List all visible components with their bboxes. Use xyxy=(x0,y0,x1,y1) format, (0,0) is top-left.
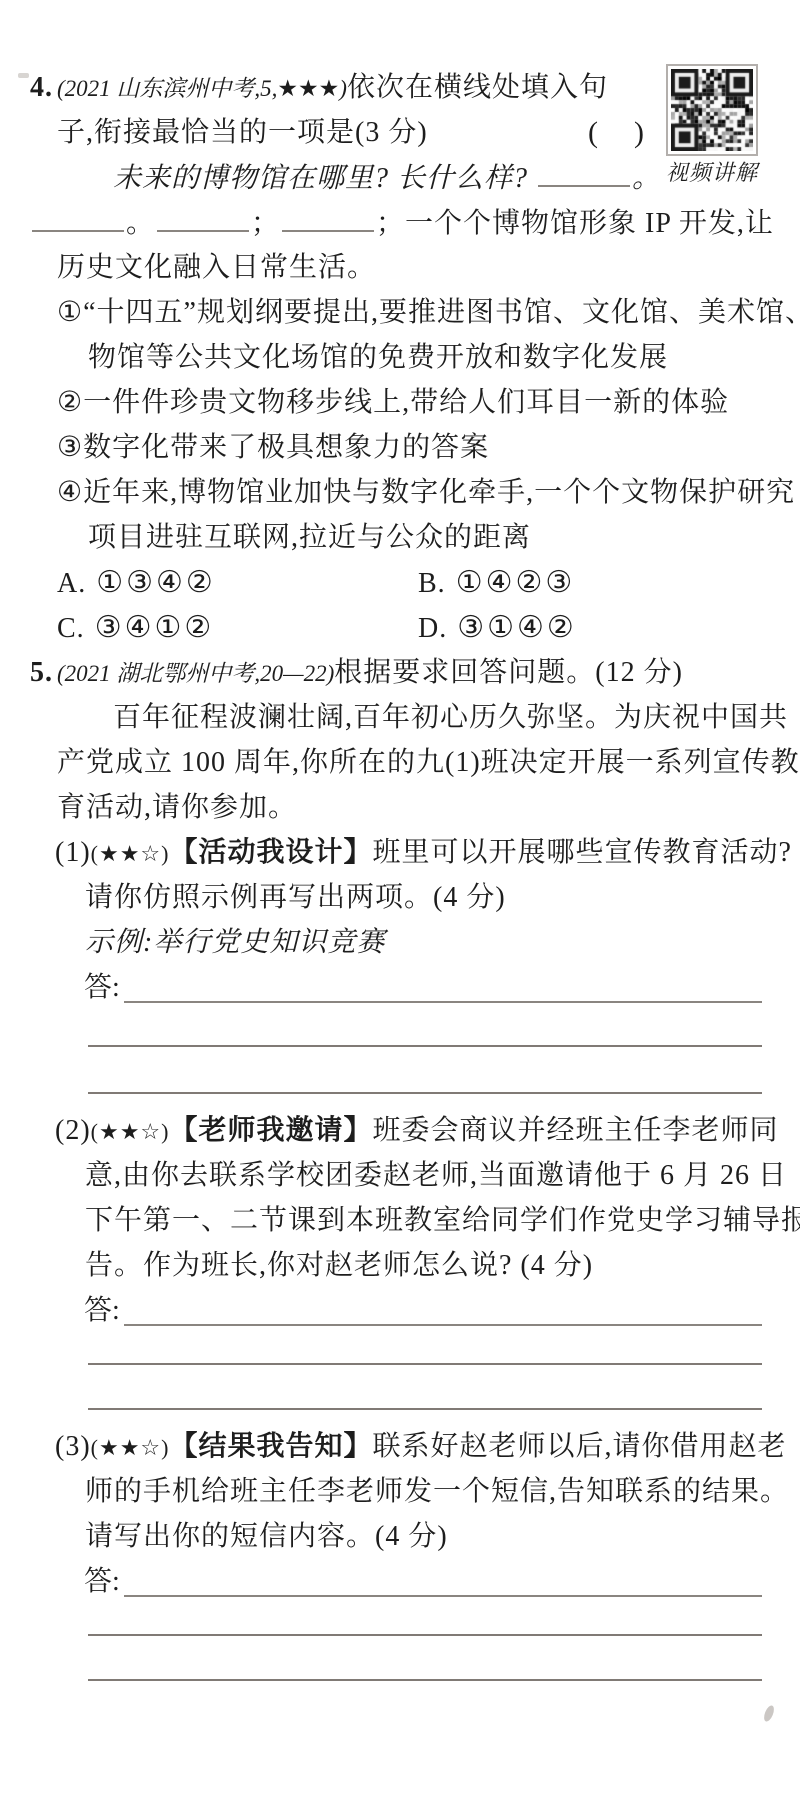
q4-stem-text-1: 依次在横线处填入句 xyxy=(347,72,608,103)
option-d: D.③①④② xyxy=(418,605,577,650)
answer-line xyxy=(88,1092,762,1094)
part2-tag: 【老师我邀请】 xyxy=(169,1115,372,1146)
q5-part1-line-1: (1)(★★☆)【活动我设计】班里可以开展哪些宣传教育活动? xyxy=(55,830,792,875)
scan-edge-artifact xyxy=(18,73,29,78)
part1-tag: 【活动我设计】 xyxy=(169,837,372,868)
video-explain-label: 视频讲解 xyxy=(660,158,764,188)
option-d-value: ③①④② xyxy=(457,610,577,645)
part3-text-1: 联系好赵老师以后,请你借用赵老 xyxy=(373,1431,787,1462)
answer-line xyxy=(88,1679,762,1681)
fill-blank xyxy=(32,200,124,232)
part2-stars: (★★☆) xyxy=(91,1119,170,1144)
q5-part2-line-1: (2)(★★☆)【老师我邀请】班委会商议并经班主任李老师同 xyxy=(55,1108,779,1153)
qr-code-image xyxy=(671,69,753,151)
q4-item2: ②一件件珍贵文物移步线上,带给人们耳目一新的体验 xyxy=(57,380,729,425)
answer-label: 答: xyxy=(84,1559,120,1604)
q5-intro-line-2: 产党成立 100 周年,你所在的九(1)班决定开展一系列宣传教 xyxy=(57,740,800,785)
part2-marker: (2) xyxy=(55,1115,91,1146)
answer-line xyxy=(88,1408,762,1410)
q5-part2-line-2: 意,由你去联系学校团委赵老师,当面邀请他于 6 月 26 日 xyxy=(85,1153,787,1198)
answer-label: 答: xyxy=(84,1288,120,1333)
answer-underline xyxy=(124,965,762,1003)
part3-marker: (3) xyxy=(55,1431,91,1462)
q4-answer-brackets: () xyxy=(588,110,644,155)
part2-text-1: 班委会商议并经班主任李老师同 xyxy=(373,1115,779,1146)
option-c-label: C. xyxy=(57,606,85,651)
q5-part1-line-2: 请你仿照示例再写出两项。(4 分) xyxy=(85,875,506,920)
answer-underline xyxy=(124,1288,762,1326)
answer-line xyxy=(88,1634,762,1636)
answer-line xyxy=(88,1363,762,1365)
q5-part3-line-2: 师的手机给班主任李老师发一个短信,告知联系的结果。 xyxy=(85,1469,789,1514)
answer-line xyxy=(88,1045,762,1047)
q4-item4-line-2: 项目进驻互联网,拉近与公众的距离 xyxy=(88,515,531,560)
q5-stem-text: 根据要求回答问题。(12 分) xyxy=(334,657,683,688)
part1-marker: (1) xyxy=(55,837,91,868)
fill-sep-2: ； xyxy=(251,208,280,239)
fill-blank xyxy=(282,200,374,232)
q5-part3-answer-row: 答: xyxy=(84,1559,762,1604)
option-a-label: A. xyxy=(57,561,86,606)
q5-part2-answer-row: 答: xyxy=(84,1288,762,1333)
q4-number: 4. xyxy=(30,65,53,110)
option-a: A.①③④② xyxy=(57,560,216,605)
q5-number: 5. xyxy=(30,650,53,695)
qr-code-frame xyxy=(666,64,758,156)
q4-fill-line-2: 历史文化融入日常生活。 xyxy=(57,245,376,290)
answer-underline xyxy=(124,1559,762,1597)
q4-stem-line-1: (2021 山东滨州中考,5,★★★)依次在横线处填入句 xyxy=(57,65,608,110)
fill-sep-3: ； xyxy=(376,208,405,239)
q4-item4-line-1: ④近年来,博物馆业加快与数字化牵手,一个个文物保护研究 xyxy=(57,470,795,515)
q4-passage-text: 未来的博物馆在哪里? 长什么样? xyxy=(113,163,536,194)
option-b-value: ①④②③ xyxy=(456,565,576,600)
q5-part3-line-3: 请写出你的短信内容。(4 分) xyxy=(85,1514,448,1559)
q4-item1-line-1: ①“十四五”规划纲要提出,要推进图书馆、文化馆、美术馆、博 xyxy=(57,290,800,335)
answer-label: 答: xyxy=(84,965,120,1010)
q4-source: (2021 山东滨州中考,5,★★★) xyxy=(57,76,347,101)
q4-fill-tail: 一个个博物馆形象 IP 开发,让 xyxy=(405,208,774,239)
q5-part3-line-1: (3)(★★☆)【结果我告知】联系好赵老师以后,请你借用赵老 xyxy=(55,1424,787,1469)
q5-intro-line-3: 育活动,请你参加。 xyxy=(57,785,297,830)
part1-stars: (★★☆) xyxy=(91,841,170,866)
q5-part2-line-3: 下午第一、二节课到本班教室给同学们作党史学习辅导报 xyxy=(85,1198,800,1243)
fill-blank xyxy=(157,200,249,232)
part3-tag: 【结果我告知】 xyxy=(169,1431,372,1462)
q4-stem-line-2: 子,衔接最恰当的一项是(3 分) xyxy=(57,110,428,155)
option-b-label: B. xyxy=(418,561,446,606)
q5-part1-answer-row: 答: xyxy=(84,965,762,1010)
option-c: C.③④①② xyxy=(57,605,214,650)
option-a-value: ①③④② xyxy=(96,565,216,600)
q4-passage-line: 未来的博物馆在哪里? 长什么样? 。 xyxy=(113,155,661,200)
q5-source: (2021 湖北鄂州中考,20—22) xyxy=(57,661,334,686)
worksheet-page: 4. (2021 山东滨州中考,5,★★★)依次在横线处填入句 子,衔接最恰当的… xyxy=(0,0,800,1805)
q4-paren-close: ) xyxy=(634,116,644,149)
q5-part1-example: 示例:举行党史知识竞赛 xyxy=(85,920,385,965)
q5-stem-line: (2021 湖北鄂州中考,20—22)根据要求回答问题。(12 分) xyxy=(57,650,683,695)
option-b: B.①④②③ xyxy=(418,560,575,605)
part1-text-1: 班里可以开展哪些宣传教育活动? xyxy=(373,837,792,868)
q4-item1-line-2: 物馆等公共文化场馆的免费开放和数字化发展 xyxy=(88,335,668,380)
part3-stars: (★★☆) xyxy=(91,1435,170,1460)
q5-part2-line-4: 告。作为班长,你对赵老师怎么说? (4 分) xyxy=(85,1243,593,1288)
q4-fill-line-1: 。；；一个个博物馆形象 IP 开发,让 xyxy=(30,200,774,245)
q4-passage-period: 。 xyxy=(632,163,661,194)
fill-sep-1: 。 xyxy=(126,208,155,239)
q4-paren-open: ( xyxy=(588,116,598,149)
option-c-value: ③④①② xyxy=(95,610,215,645)
fill-blank xyxy=(538,155,630,187)
option-d-label: D. xyxy=(418,606,447,651)
q5-intro-line-1: 百年征程波澜壮阔,百年初心历久弥坚。为庆祝中国共 xyxy=(113,695,788,740)
q4-item3: ③数字化带来了极具想象力的答案 xyxy=(57,425,489,470)
page-curl-artifact xyxy=(762,1704,776,1723)
